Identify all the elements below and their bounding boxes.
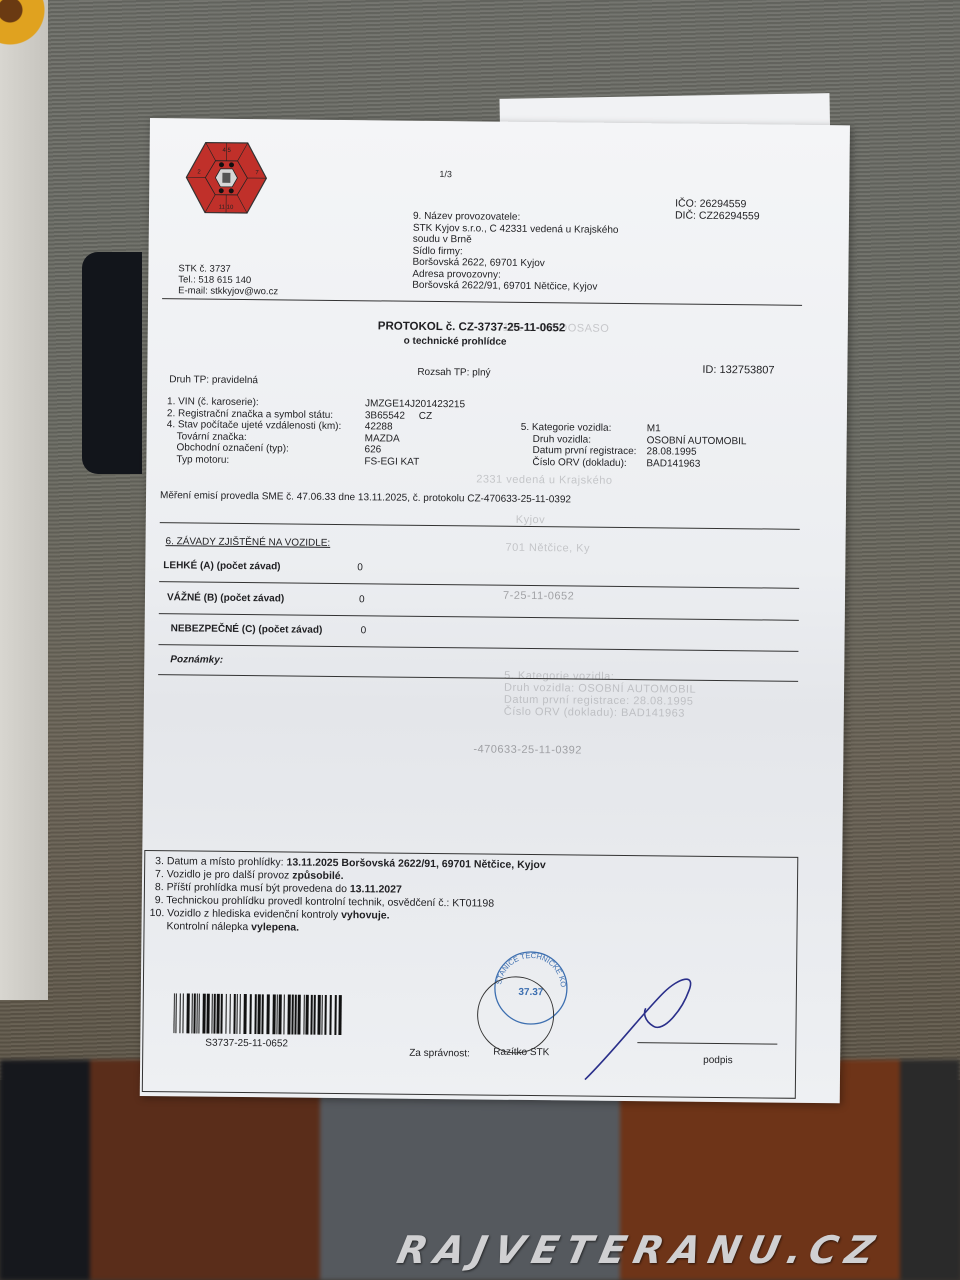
- vehicle-kind-label: Druh vozidla:: [533, 434, 591, 446]
- stk-number: STK č. 3737: [178, 263, 230, 275]
- ghost-text: -470633-25-11-0392: [473, 743, 582, 756]
- vehicle-kind-value: OSOBNÍ AUTOMOBIL: [647, 435, 747, 448]
- ghost-text: 5. Kategorie vozidla:: [504, 670, 614, 683]
- defects-light-count: 0: [357, 562, 363, 573]
- premises-address: Boršovská 2622/91, 69701 Nětčice, Kyjov: [412, 280, 618, 294]
- sunflower-decoration: [0, 0, 60, 70]
- vehicle-details-left: 1. VIN (č. karoserie):JMZGE14J201423215 …: [166, 396, 341, 467]
- tablecloth-edge: [0, 0, 48, 1000]
- site-watermark: RAJVETERANU.CZ: [393, 1228, 886, 1272]
- orv-label: Číslo ORV (dokladu):: [532, 457, 626, 469]
- vin-label: 1. VIN (č. karoserie):: [167, 396, 259, 408]
- first-registration-label: Datum první registrace:: [532, 445, 636, 457]
- defects-light-label: LEHKÉ (A) (počet závad): [163, 560, 280, 572]
- next-inspection-label: 8. Příští prohlídka musí být provedena d…: [155, 881, 350, 895]
- row-divider: [159, 613, 799, 621]
- row-divider: [158, 674, 798, 682]
- inspection-result-box: 3. Datum a místo prohlídky: 13.11.2025 B…: [142, 850, 798, 1099]
- correctness-label: Za správnost:: [409, 1048, 470, 1060]
- ghost-text: 7-25-11-0652: [503, 590, 574, 603]
- sticker-label: Kontrolní nálepka: [166, 920, 251, 933]
- operator-block: 9. Název provozovatele: STK Kyjov s.r.o.…: [412, 211, 619, 294]
- signature-label: podpis: [703, 1055, 733, 1066]
- engine-value: FS-EGI KAT: [364, 456, 419, 468]
- roadworthy-label: 7. Vozidlo je pro další provoz: [155, 868, 292, 881]
- dic: DIČ: CZ26294559: [675, 210, 760, 223]
- row-divider: [159, 581, 799, 589]
- engine-label: Typ motoru:: [176, 454, 229, 466]
- section-divider: [160, 522, 800, 530]
- tax-ids: IČO: 26294559 DIČ: CZ26294559: [675, 198, 760, 223]
- make-value: MAZDA: [365, 433, 400, 445]
- defects-dangerous-count: 0: [361, 625, 367, 636]
- model-label: Obchodní označení (typ):: [176, 442, 288, 454]
- model-value: 626: [364, 444, 381, 456]
- inspection-protocol-page: 131 O INSOOSASO 2331 vedená u Krajského …: [140, 118, 850, 1103]
- barcode-icon: [173, 993, 343, 1035]
- protocol-id: ID: 132753807: [702, 364, 774, 377]
- defects-serious-label: VÁŽNÉ (B) (počet závad): [167, 592, 284, 604]
- ghost-text: Kyjov: [516, 514, 546, 526]
- station-phone: Tel.: 518 615 140: [178, 274, 251, 286]
- sticker-value: vylepena.: [251, 921, 299, 934]
- defects-serious-count: 0: [359, 594, 365, 605]
- svg-text:4 5: 4 5: [222, 148, 231, 154]
- ghost-text: Číslo ORV (dokladu): BAD141963: [504, 706, 685, 720]
- ghost-text: 2331 vedená u Krajského: [476, 473, 612, 486]
- row-divider: [158, 644, 798, 652]
- stamp-outline-icon: [473, 972, 558, 1057]
- inspection-scope: Rozsah TP: plný: [417, 367, 490, 379]
- registration-value: 3B65542 CZ: [365, 410, 432, 422]
- notes-label: Poznámky:: [170, 654, 223, 666]
- result-lines: 3. Datum a místo prohlídky: 13.11.2025 B…: [154, 855, 545, 937]
- registry-check-label: 10. Vozidlo z hlediska evidenční kontrol…: [150, 907, 342, 921]
- barcode-text: S3737-25-11-0652: [205, 1038, 288, 1050]
- header-divider: [162, 298, 802, 306]
- protocol-title: PROTOKOL č. CZ-3737-25-11-0652: [378, 320, 566, 334]
- inspection-type: Druh TP: pravidelná: [169, 374, 258, 386]
- station-email: E-mail: stkkyjov@wo.cz: [178, 285, 278, 297]
- category-label: 5. Kategorie vozidla:: [521, 422, 612, 434]
- make-label: Tovární značka:: [177, 431, 247, 443]
- ico: IČO: 26294559: [675, 198, 760, 211]
- roadworthy-value: způsobilé.: [292, 870, 343, 883]
- registry-check-value: vyhovuje.: [341, 909, 390, 922]
- stk-hexagon-logo-icon: 4 5 11 10 2 7: [185, 140, 268, 215]
- first-registration-value: 28.08.1995: [646, 446, 696, 458]
- category-value: M1: [647, 423, 661, 435]
- next-inspection-date: 13.11.2027: [350, 883, 402, 896]
- defects-dangerous-label: NEBEZPEČNÉ (C) (počet závad): [171, 623, 323, 636]
- phone-edge: [82, 252, 142, 474]
- protocol-subtitle: o technické prohlídce: [404, 336, 507, 348]
- emissions-note: Měření emisí provedla SME č. 47.06.33 dn…: [160, 490, 571, 505]
- odometer-value: 42288: [365, 421, 393, 433]
- page-number: 1/3: [439, 169, 452, 179]
- defects-heading: 6. ZÁVADY ZJIŠTĚNÉ NA VOZIDLE:: [166, 536, 331, 549]
- vin-value: JMZGE14J201423215: [365, 398, 465, 411]
- vehicle-details-right: 5. Kategorie vozidla:M1 Druh vozidla:OSO…: [520, 422, 636, 469]
- inspection-date-label: 3. Datum a místo prohlídky:: [155, 855, 286, 868]
- svg-text:11 10: 11 10: [219, 205, 234, 211]
- orv-value: BAD141963: [646, 458, 700, 470]
- ghost-text: 701 Nětčice, Ky: [505, 542, 590, 555]
